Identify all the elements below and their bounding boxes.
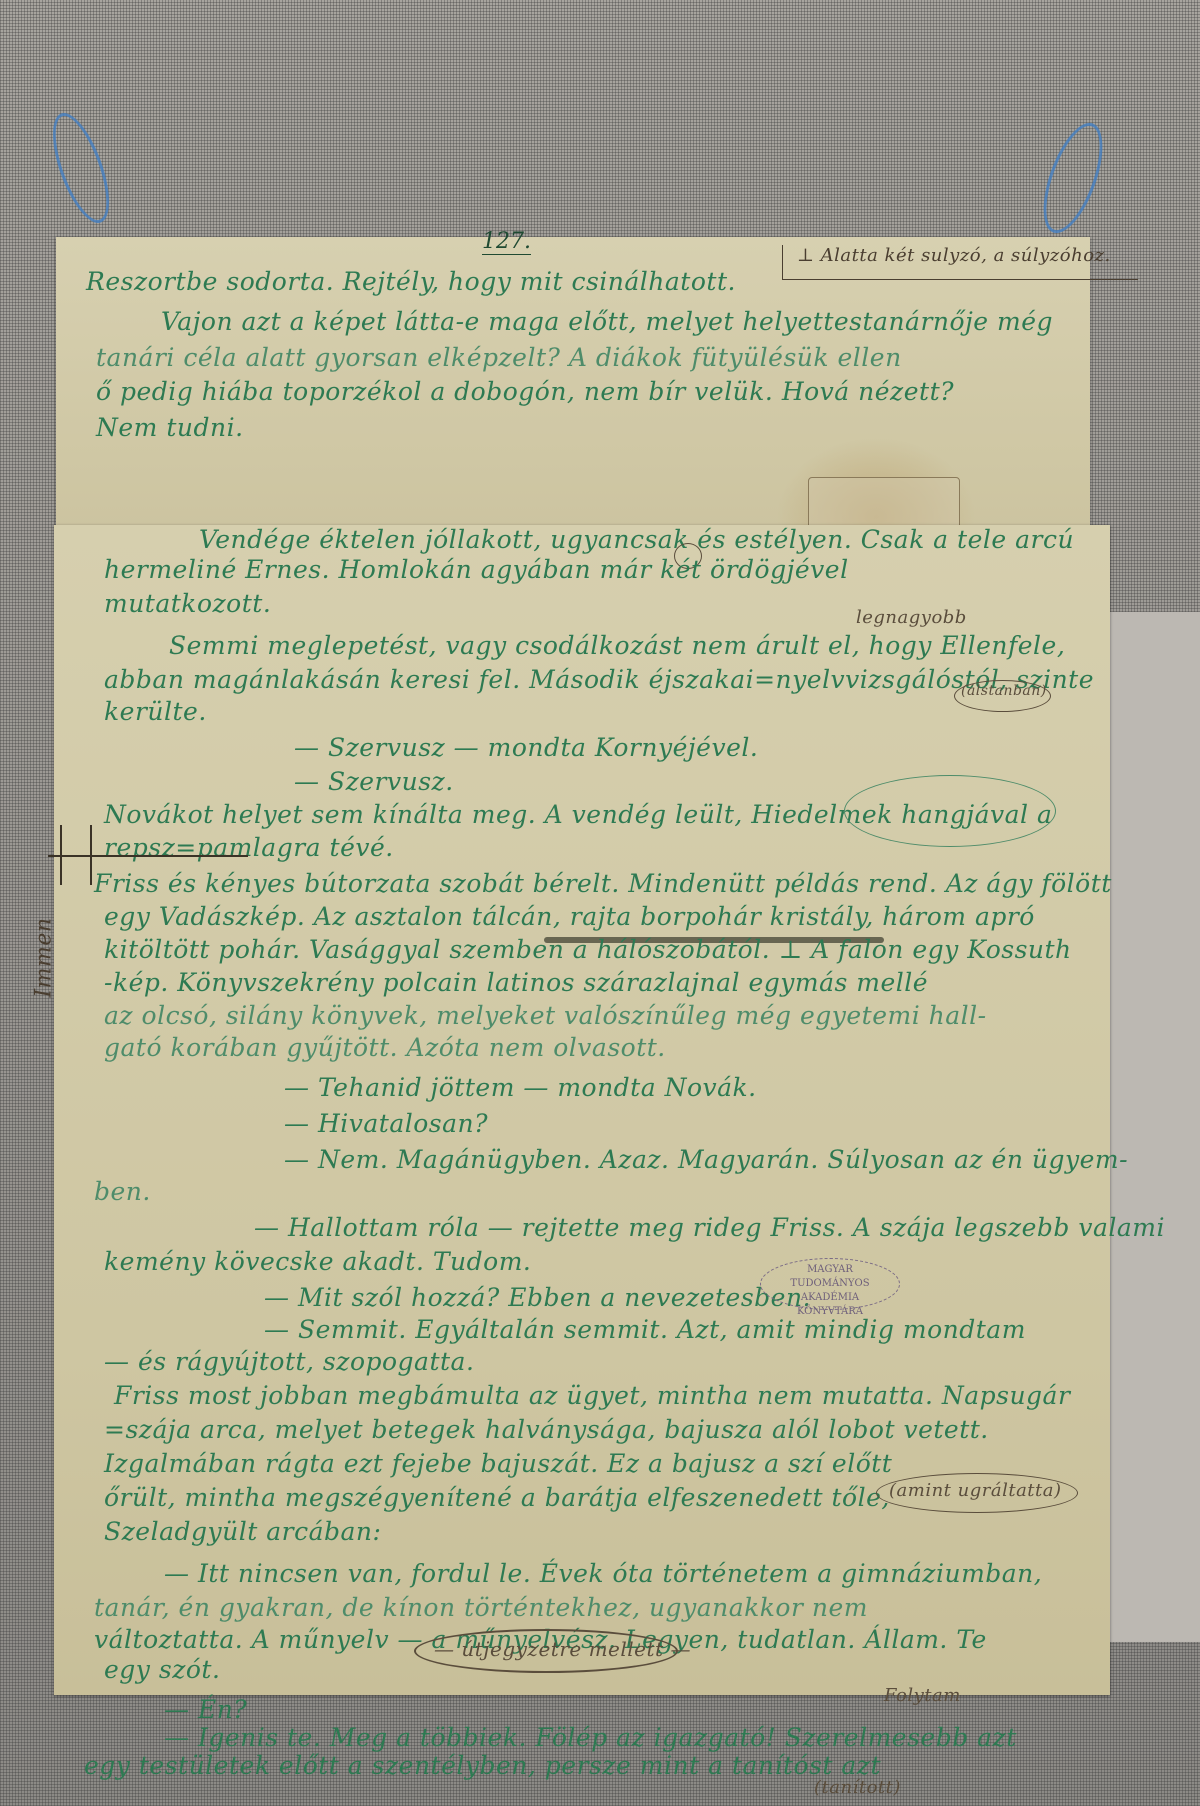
circled-note-alstanban: (álstanban) xyxy=(954,680,1051,712)
stamp-line-2: TUDOMÁNYOS AKADÉMIA xyxy=(761,1277,899,1305)
main-line-28: Izgalmában rágta ezt fejebe bajuszát. Ez… xyxy=(104,1449,892,1478)
main-line-32: tanár, én gyakran, de kínon történtekhez… xyxy=(94,1593,868,1622)
main-line-22: kemény kövecske akadt. Tudom. xyxy=(104,1247,531,1276)
top-line-3: tanári céla alatt gyorsan elképzelt? A d… xyxy=(96,343,902,372)
blue-pencil-mark-left xyxy=(41,106,120,229)
manuscript-sheet-main: Vendége éktelen jóllakott, ugyancsak és … xyxy=(54,525,1110,1695)
main-line-31: — Itt nincsen van, fordul le. Évek óta t… xyxy=(164,1559,1042,1588)
main-line-4: Semmi meglepetést, vagy csodálkozást nem… xyxy=(169,631,1065,660)
stamp-line-3: KÖNYVTÁRA xyxy=(761,1305,899,1319)
blue-pencil-mark-right xyxy=(1032,116,1115,241)
main-line-37: egy testületek előtt a szentélyben, pers… xyxy=(84,1751,881,1780)
main-line-16: gató korában gyűjtött. Azóta nem olvasot… xyxy=(104,1033,666,1062)
margin-insert-line xyxy=(48,855,248,857)
circled-note-alstanban-text: (álstanban) xyxy=(961,683,1047,699)
boxed-note: ⊥ Alatta két sulyzó, a súlyzóhoz. xyxy=(782,245,1138,280)
main-line-25: — és rágyújtott, szopogatta. xyxy=(104,1347,474,1376)
main-line-1: Vendége éktelen jóllakott, ugyancsak és … xyxy=(199,525,1074,554)
main-line-14: -kép. Könyvszekrény polcain latinos szár… xyxy=(104,968,928,997)
main-line-18: — Hivatalosan? xyxy=(284,1109,488,1138)
main-line-21: — Hallottam róla — rejtette meg rideg Fr… xyxy=(254,1213,1165,1242)
main-line-27: =szája arca, melyet betegek halványsága,… xyxy=(104,1415,989,1444)
margin-vertical-note: Immen xyxy=(32,917,57,997)
main-line-20: ben. xyxy=(94,1177,151,1206)
main-line-17: — Tehanid jöttem — mondta Novák. xyxy=(284,1073,757,1102)
page-number: 127. xyxy=(482,229,531,255)
main-line-34: egy szót. xyxy=(104,1655,220,1684)
main-line-29: őrült, mintha megszégyenítené a barátja … xyxy=(104,1483,890,1512)
main-line-7: — Szervusz — mondta Kornyéjével. xyxy=(294,733,758,762)
backing-panel xyxy=(1110,612,1200,1642)
circled-note-utjegyzet-text: — útjegyzetre mellett — xyxy=(434,1637,691,1661)
insert-folytam: Folytam xyxy=(884,1685,961,1706)
main-line-23: — Mit szól hozzá? Ebben a nevezetesben. xyxy=(264,1283,811,1312)
circled-note-amint-text: (amint ugráltatta) xyxy=(889,1480,1062,1501)
main-line-11: Friss és kényes bútorzata szobát bérelt.… xyxy=(94,869,1112,898)
top-line-2: Vajon azt a képet látta-e maga előtt, me… xyxy=(161,307,1053,336)
main-line-5: abban magánlakásán keresi fel. Második é… xyxy=(104,665,1094,694)
top-line-1: Reszortbe sodorta. Rejtély, hogy mit csi… xyxy=(86,267,736,296)
circled-note-utjegyzet: — útjegyzetre mellett — xyxy=(414,1629,678,1673)
main-line-10: repsz=pamlagra tévé. xyxy=(104,833,394,862)
main-line-35: — Én? xyxy=(164,1695,247,1724)
main-line-3: mutatkozott. xyxy=(104,589,271,618)
top-line-4: ő pedig hiába toporzékol a dobogón, nem … xyxy=(96,377,954,406)
main-line-6: kerülte. xyxy=(104,697,207,726)
circled-note-hiedelmek xyxy=(844,775,1056,847)
main-line-13: kitöltött pohár. Vasággyal szemben a hál… xyxy=(104,935,1072,964)
main-line-19: — Nem. Magánügyben. Azaz. Magyarán. Súly… xyxy=(284,1145,1128,1174)
top-line-5: Nem tudni. xyxy=(96,413,244,442)
main-line-30: Szeladgyült arcában: xyxy=(104,1517,381,1546)
insert-tanitott: (tanított) xyxy=(814,1777,901,1798)
main-line-15: az olcsó, silány könyvek, melyeket valós… xyxy=(104,1001,987,1030)
main-line-8: — Szervusz. xyxy=(294,767,454,796)
main-line-24: — Semmit. Egyáltalán semmit. Azt, amit m… xyxy=(264,1315,1026,1344)
main-line-12: egy Vadászkép. Az asztalon tálcán, rajta… xyxy=(104,902,1035,931)
main-line-26: Friss most jobban megbámulta az ügyet, m… xyxy=(114,1381,1070,1410)
insert-legnagyobb: legnagyobb xyxy=(856,607,967,628)
main-line-36: — Igenis te. Meg a többiek. Fölép az iga… xyxy=(164,1723,1017,1752)
boxed-note-text: ⊥ Alatta két sulyzó, a súlyzóhoz. xyxy=(797,245,1111,266)
library-stamp: MAGYAR TUDOMÁNYOS AKADÉMIA KÖNYVTÁRA xyxy=(760,1258,900,1310)
main-line-2: hermeliné Ernes. Homlokán agyában már ké… xyxy=(104,555,849,584)
stamp-line-1: MAGYAR xyxy=(761,1263,899,1277)
circled-note-amint: (amint ugráltatta) xyxy=(876,1473,1078,1513)
